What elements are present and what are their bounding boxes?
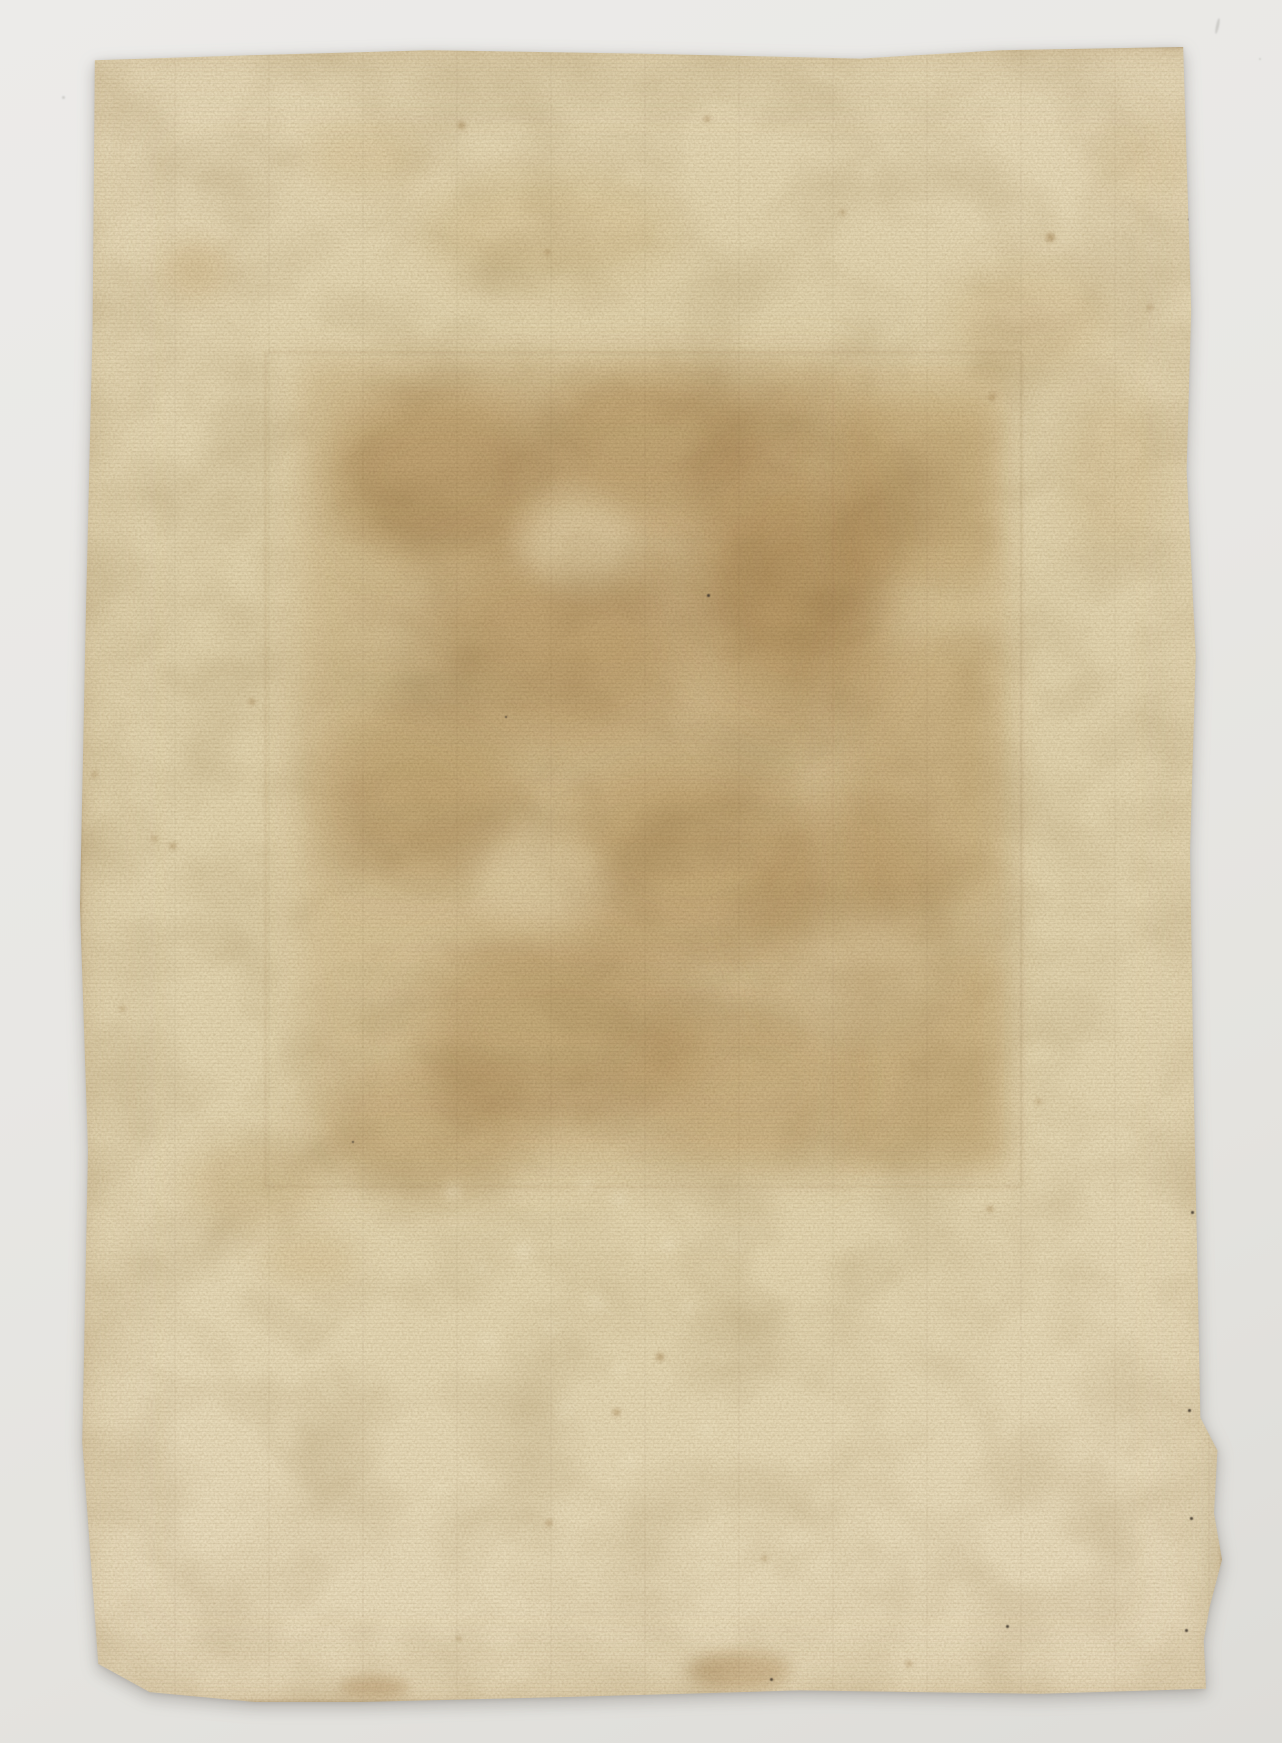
- backdrop-mark: [1214, 18, 1220, 34]
- backdrop-mark: [62, 96, 65, 99]
- backdrop-mark: [1259, 58, 1261, 60]
- sheet-shadow-wrap: [80, 47, 1222, 1702]
- deckle-edge-vignette: [80, 47, 1222, 1702]
- paper-sheet: [80, 47, 1222, 1702]
- photo-of-paper: [0, 0, 1282, 1743]
- dark-speck: [1188, 218, 1191, 221]
- photo-root: { "scene": { "type": "photograph", "subj…: [0, 0, 1282, 1743]
